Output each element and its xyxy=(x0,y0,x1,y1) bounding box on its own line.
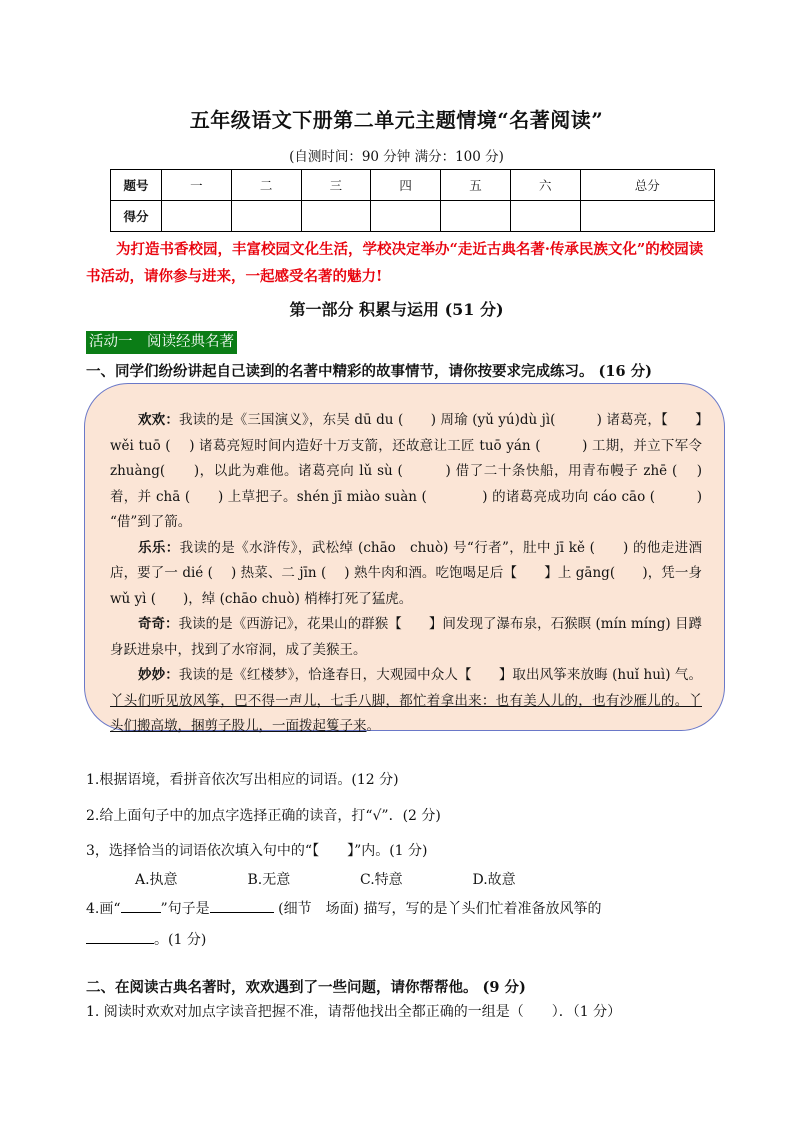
score-cell: 三 xyxy=(301,170,371,201)
part1-heading: 第一部分 积累与运用 (51 分) xyxy=(0,297,793,320)
answer-blank[interactable] xyxy=(210,898,274,913)
question-2-1: 1. 阅读时欢欢对加点字读音把握不准，请帮他找出全都正确的一组是（ ）．（1 分… xyxy=(86,1001,621,1021)
story-body: 我读的是《红楼梦》，恰逢春日，大观园中众人【 】取出风筝来放晦 (huǐ huì… xyxy=(179,667,702,683)
score-cell: 一 xyxy=(162,170,232,201)
option-d[interactable]: D.故意 xyxy=(473,869,586,889)
score-table-header-row: 题号 一 二 三 四 五 六 总分 xyxy=(111,170,715,201)
score-input-cell[interactable] xyxy=(162,201,232,232)
underlined-sentence: 丫头们听见放风筝，巴不得一声儿，七手八脚，都忙着拿出来：也有美人儿的，也有沙雁儿… xyxy=(110,693,702,735)
story-paragraph-qiqi: 奇奇：我读的是《西游记》，花果山的群猴【 】间发现了瀑布泉，石猴瞑 (mín m… xyxy=(110,612,702,663)
story-body-end: 。 xyxy=(367,718,381,734)
score-cell: 得分 xyxy=(111,201,162,232)
story-text: 欢欢：我读的是《三国演义》，东吴 dū du ( ) 周瑜 (yǔ yú)dù … xyxy=(110,408,702,740)
option-c[interactable]: C.特意 xyxy=(360,869,473,889)
story-paragraph-huanhuan: 欢欢：我读的是《三国演义》，东吴 dū du ( ) 周瑜 (yǔ yú)dù … xyxy=(110,408,702,536)
question-1-2: 2.给上面句子中的加点字选择正确的读音，打“√”．(2 分) xyxy=(86,805,441,825)
question-1-3: 3，选择恰当的词语依次填入句中的“【 】”内。(1 分) xyxy=(86,840,428,860)
score-cell: 二 xyxy=(231,170,301,201)
speaker-label: 欢欢： xyxy=(138,412,179,428)
q4-text-a: 4.画“ xyxy=(86,901,121,917)
story-body: 我读的是《西游记》，花果山的群猴【 】间发现了瀑布泉，石猴瞑 (mín míng… xyxy=(110,616,702,658)
story-body: 我读的是《三国演义》，东吴 dū du ( ) 周瑜 (yǔ yú)dù jì(… xyxy=(110,412,702,530)
activity1-label: 活动一 阅读经典名著 xyxy=(86,331,237,354)
question-1-3-options: A.执意 B.无意 C.特意 D.故意 xyxy=(135,869,585,889)
score-input-cell[interactable] xyxy=(580,201,714,232)
score-cell: 题号 xyxy=(111,170,162,201)
page-title: 五年级语文下册第二单元主题情境“名著阅读” xyxy=(0,104,793,133)
score-input-cell[interactable] xyxy=(301,201,371,232)
score-input-cell[interactable] xyxy=(510,201,580,232)
option-a[interactable]: A.执意 xyxy=(135,869,248,889)
score-cell: 六 xyxy=(510,170,580,201)
option-b[interactable]: B.无意 xyxy=(248,869,361,889)
speaker-label: 妙妙： xyxy=(138,667,179,683)
q4-text-c: (细节 场面) 描写，写的是丫头们忙着准备放风筝的 xyxy=(278,901,601,917)
q4-text-b: ”句子是 xyxy=(161,901,210,917)
speaker-label: 乐乐： xyxy=(138,540,180,556)
intro-paragraph: 为打造书香校园，丰富校园文化生活，学校决定举办“走近古典名著·传承民族文化”的校… xyxy=(86,236,711,290)
question-1-4: 4.画“”句子是 (细节 场面) 描写，写的是丫头们忙着准备放风筝的 xyxy=(86,898,602,918)
story-body: 我读的是《水浒传》，武松绰 (chāo chuò) 号“行者”，肚中 jī kě… xyxy=(110,540,702,607)
score-cell: 四 xyxy=(371,170,441,201)
story-paragraph-lele: 乐乐：我读的是《水浒传》，武松绰 (chāo chuò) 号“行者”，肚中 jī… xyxy=(110,536,702,613)
q4-text-d: 。(1 分) xyxy=(154,932,206,948)
answer-blank[interactable] xyxy=(121,898,161,913)
answer-blank[interactable] xyxy=(86,929,154,944)
section2-heading: 二、在阅读古典名著时，欢欢遇到了一些问题，请你帮帮他。 (9 分) xyxy=(86,976,526,997)
speaker-label: 奇奇： xyxy=(138,616,179,632)
score-table-score-row: 得分 xyxy=(111,201,715,232)
score-cell: 五 xyxy=(441,170,511,201)
score-cell: 总分 xyxy=(580,170,714,201)
score-input-cell[interactable] xyxy=(441,201,511,232)
score-input-cell[interactable] xyxy=(371,201,441,232)
question-1-4-cont: 。(1 分) xyxy=(86,929,206,949)
score-table: 题号 一 二 三 四 五 六 总分 得分 xyxy=(110,169,715,232)
score-input-cell[interactable] xyxy=(231,201,301,232)
section1-heading: 一、同学们纷纷讲起自己读到的名著中精彩的故事情节，请你按要求完成练习。 (16 … xyxy=(86,360,652,381)
test-time-subtitle: (自测时间：90 分钟 满分：100 分) xyxy=(0,145,793,165)
question-1-1: 1.根据语境，看拼音依次写出相应的词语。(12 分) xyxy=(86,769,399,789)
story-paragraph-miaomiao: 妙妙：我读的是《红楼梦》，恰逢春日，大观园中众人【 】取出风筝来放晦 (huǐ … xyxy=(110,663,702,740)
